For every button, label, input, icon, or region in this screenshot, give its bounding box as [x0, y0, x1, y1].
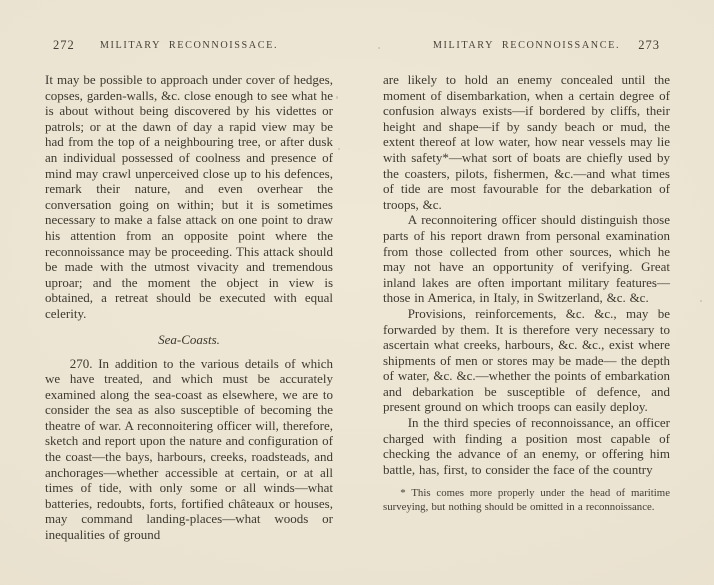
body-paragraph: are likely to hold an enemy concealed un… — [383, 72, 670, 212]
right-running-head: MILITARY RECONNOISSANCE. — [383, 40, 670, 51]
book-spread: 272 MILITARY RECONNOISSACE. It may be po… — [0, 0, 714, 543]
left-page-header: 272 MILITARY RECONNOISSACE. — [45, 40, 333, 56]
left-page-number: 272 — [53, 38, 75, 53]
footnote: * This comes more properly under the hea… — [383, 487, 670, 514]
body-paragraph: It may be possible to approach under cov… — [45, 72, 333, 322]
left-page: 272 MILITARY RECONNOISSACE. It may be po… — [45, 40, 333, 543]
right-page-body: are likely to hold an enemy concealed un… — [383, 72, 670, 514]
body-paragraph: Provisions, reinforcements, &c. &c., may… — [383, 306, 670, 415]
right-page: 273 MILITARY RECONNOISSANCE. are likely … — [383, 40, 670, 543]
left-running-head: MILITARY RECONNOISSACE. — [45, 40, 333, 51]
section-heading: Sea-Coasts. — [45, 332, 333, 348]
body-paragraph: In the third species of reconnoissance, … — [383, 415, 670, 477]
right-page-header: 273 MILITARY RECONNOISSANCE. — [383, 40, 670, 56]
body-paragraph: 270. In addition to the various details … — [45, 356, 333, 543]
right-page-number: 273 — [638, 38, 660, 53]
left-page-body: It may be possible to approach under cov… — [45, 72, 333, 543]
body-paragraph: A reconnoitering officer should distingu… — [383, 212, 670, 306]
